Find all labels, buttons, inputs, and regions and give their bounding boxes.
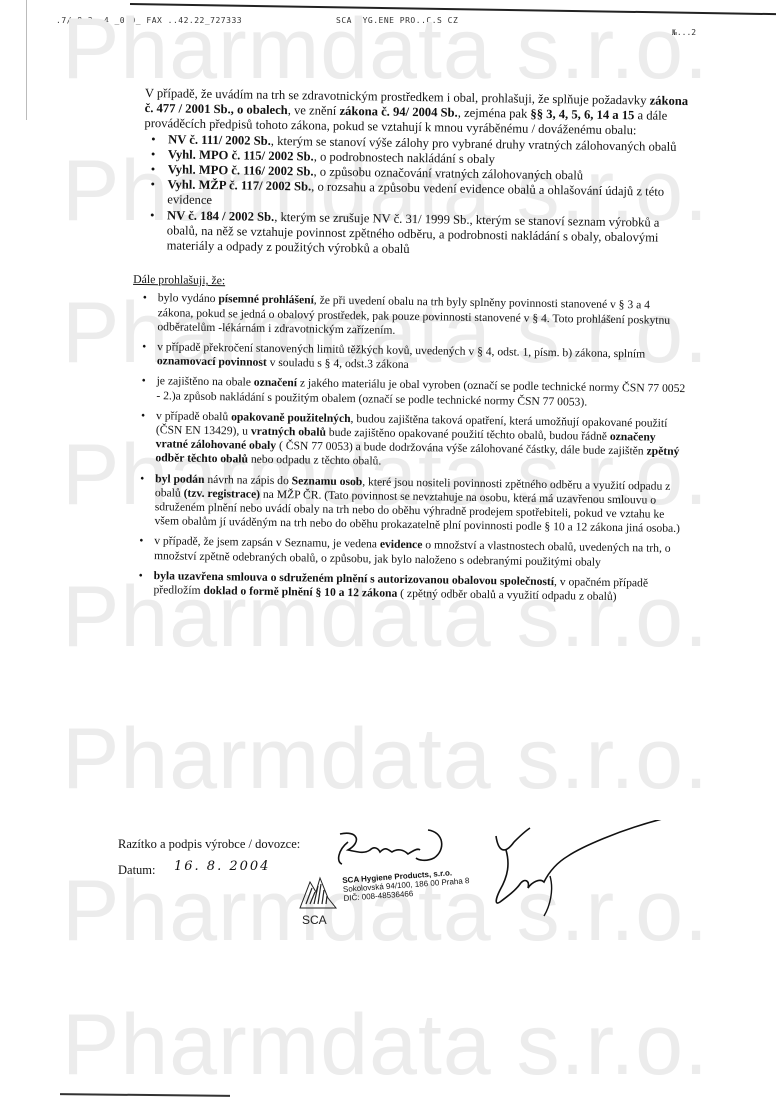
watermark-text: Pharmdata s.r.o. — [62, 6, 709, 92]
sca-logo-icon: SCA — [296, 868, 340, 928]
scan-edge-line — [26, 0, 27, 120]
watermark-text: Pharmdata s.r.o. — [62, 716, 709, 802]
declaration-item: bylo vydáno písemné prohlášení, že při u… — [157, 292, 687, 342]
watermark-text: Pharmdata s.r.o. — [62, 1002, 709, 1088]
declaration-item: v případě, že jsem zapsán v Seznamu, je … — [154, 535, 683, 571]
company-stamp: SCA SCA Hygiene Products, s.r.o. Sokolov… — [296, 868, 496, 928]
intro-paragraph: V případě, že uvádím na trh se zdravotni… — [144, 86, 690, 140]
svg-text:SCA: SCA — [302, 913, 327, 927]
declaration-item: v případě překročení stanovených limitů … — [157, 340, 686, 376]
declaration-body: V případě, že uvádím na trh se zdravotni… — [137, 86, 690, 611]
signature-block: Razítko a podpis výrobce / dovozce: Datu… — [118, 832, 738, 942]
declaration-item: byl podán návrh na zápis do Seznamu osob… — [154, 472, 684, 537]
stamp-text: SCA Hygiene Products, s.r.o. Sokolovská … — [342, 867, 470, 903]
declaration-item: v případě obalů opakovaně použitelných, … — [155, 409, 685, 474]
declarations-list: bylo vydáno písemné prohlášení, že při u… — [137, 291, 686, 605]
law-item: NV č. 184 / 2002 Sb., kterým se zrušuje … — [167, 208, 689, 261]
scan-bottom-line — [60, 1093, 230, 1097]
signature-label: Razítko a podpis výrobce / dovozce: — [118, 837, 300, 852]
laws-list: NV č. 111/ 2002 Sb., kterým se stanoví v… — [143, 132, 690, 262]
declaration-item: byla uzavřena smlouva o sdruženém plnění… — [153, 569, 682, 605]
document-page: .7/.8 2..4 _0:0_ FAX ..42.22_727333 SCA … — [0, 0, 776, 1100]
declaration-item: je zajištěno na obale označení z jakého … — [156, 375, 685, 411]
date-label: Datum: — [118, 863, 156, 878]
date-value: 16. 8. 2004 — [174, 859, 270, 874]
